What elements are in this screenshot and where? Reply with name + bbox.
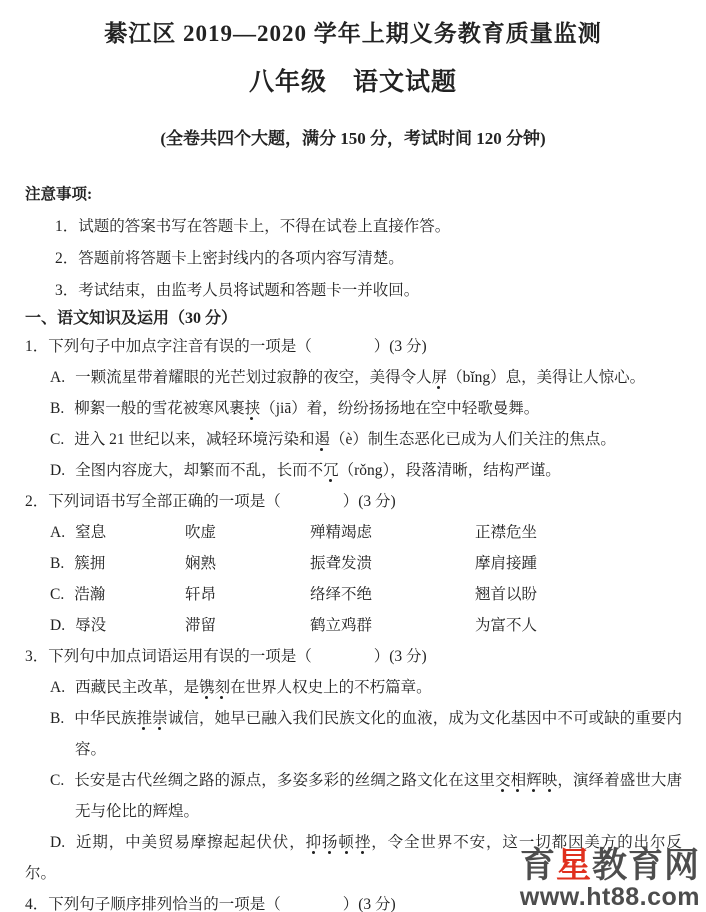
question-3-option-b: B.中华民族推崇诚信，她早已融入我们民族文化的血液，成为文化基因中不可或缺的重要… xyxy=(25,703,682,765)
word-cell: 娴熟 xyxy=(185,548,310,579)
option-label: A. xyxy=(50,524,65,541)
exam-info: (全卷共四个大题，满分 150 分，考试时间 120 分钟) xyxy=(0,128,706,150)
exam-paper-page: 綦江区 2019—2020 学年上期义务教育质量监测 八年级 语文试题 (全卷共… xyxy=(0,0,706,912)
option-text: 全图内容庞大，却繁而不乱，长而不冗（rǒng），段落清晰，结构严谨。 xyxy=(75,462,561,479)
option-text: 进入 21 世纪以来，减轻环境污染和遏（è）制生态恶化已成为人们关注的焦点。 xyxy=(74,431,616,448)
word-cell: B.簇拥 xyxy=(50,548,185,579)
word-cell: 络绎不绝 xyxy=(310,579,475,610)
note-item-2: 2．答题前将答题卡上密封线内的各项内容写清楚。 xyxy=(55,248,682,270)
word-cell: 摩肩接踵 xyxy=(475,548,682,579)
question-1-option-c: C.进入 21 世纪以来，减轻环境污染和遏（è）制生态恶化已成为人们关注的焦点。 xyxy=(25,424,682,455)
option-label: C. xyxy=(50,431,64,448)
question-1-option-b: B.柳絮一般的雪花被寒风裹挟（jiā）着，纷纷扬扬地在空中轻歌曼舞。 xyxy=(25,393,682,424)
word-cell: 吹虚 xyxy=(185,517,310,548)
option-text: 一颗流星带着耀眼的光芒划过寂静的夜空，美得令人屏（bǐng）息，美得让人惊心。 xyxy=(75,369,645,386)
option-label: D. xyxy=(50,617,65,634)
watermark: 育星教育网 www.ht88.com xyxy=(520,847,700,910)
watermark-brand: 育星教育网 xyxy=(520,847,700,884)
question-3-option-a: A.西藏民主改革，是镌刻在世界人权史上的不朽篇章。 xyxy=(25,672,682,703)
option-label: A. xyxy=(50,679,65,696)
question-2-row-c: C.浩瀚 轩昂 络绎不绝 翘首以盼 xyxy=(50,579,682,610)
word-cell: 振聋发溃 xyxy=(310,548,475,579)
watermark-brand-pre: 育 xyxy=(520,846,556,885)
watermark-brand-post: 教育网 xyxy=(592,846,700,885)
option-text: 中华民族推崇诚信，她早已融入我们民族文化的血液，成为文化基因中不可或缺的重要内容… xyxy=(74,710,682,758)
section-heading: 一、语文知识及运用（30 分） xyxy=(25,306,682,331)
question-1-option-d: D.全图内容庞大，却繁而不乱，长而不冗（rǒng），段落清晰，结构严谨。 xyxy=(25,455,682,486)
option-text: 长安是古代丝绸之路的源点，多姿多彩的丝绸之路文化在这里交相辉映，演绎着盛世大唐无… xyxy=(74,772,682,820)
option-label: D. xyxy=(50,834,65,851)
question-2-stem: 2．下列词语书写全部正确的一项是（ ）(3 分) xyxy=(25,486,682,517)
watermark-brand-red: 星 xyxy=(556,846,592,885)
note-item-1: 1．试题的答案书写在答题卡上，不得在试卷上直接作答。 xyxy=(55,216,682,238)
option-label: B. xyxy=(50,710,64,727)
question-1-option-a: A.一颗流星带着耀眼的光芒划过寂静的夜空，美得令人屏（bǐng）息，美得让人惊心… xyxy=(25,362,682,393)
word-cell: 轩昂 xyxy=(185,579,310,610)
word-cell: A.窒息 xyxy=(50,517,185,548)
word-cell: 为富不人 xyxy=(475,610,682,641)
page-title: 綦江区 2019—2020 学年上期义务教育质量监测 xyxy=(0,18,706,50)
note-item-3: 3．考试结束，由监考人员将试题和答题卡一并收回。 xyxy=(55,280,682,302)
watermark-url: www.ht88.com xyxy=(520,884,700,910)
word: 浩瀚 xyxy=(74,586,105,603)
word-cell: 鹤立鸡群 xyxy=(310,610,475,641)
word-cell: 殚精竭虑 xyxy=(310,517,475,548)
exam-content: 一、语文知识及运用（30 分） 1．下列句子中加点字注音有误的一项是（ ）(3 … xyxy=(25,306,682,912)
question-1-stem: 1．下列句子中加点字注音有误的一项是（ ）(3 分) xyxy=(25,331,682,362)
word-cell: 正襟危坐 xyxy=(475,517,682,548)
question-2-row-a: A.窒息 吹虚 殚精竭虑 正襟危坐 xyxy=(50,517,682,548)
page-subtitle: 八年级 语文试题 xyxy=(0,66,706,100)
word-cell: 滞留 xyxy=(185,610,310,641)
word: 辱没 xyxy=(75,617,106,634)
question-3-stem: 3．下列句中加点词语运用有误的一项是（ ）(3 分) xyxy=(25,641,682,672)
word-cell: D.辱没 xyxy=(50,610,185,641)
option-label: C. xyxy=(50,586,64,603)
question-2-row-b: B.簇拥 娴熟 振聋发溃 摩肩接踵 xyxy=(50,548,682,579)
word-cell: 翘首以盼 xyxy=(475,579,682,610)
word: 窒息 xyxy=(75,524,106,541)
question-2-row-d: D.辱没 滞留 鹤立鸡群 为富不人 xyxy=(50,610,682,641)
option-text: 西藏民主改革，是镌刻在世界人权史上的不朽篇章。 xyxy=(75,679,432,696)
option-label: C. xyxy=(50,772,64,789)
notes-heading: 注意事项: xyxy=(25,184,706,206)
word: 簇拥 xyxy=(74,555,105,572)
question-3-option-c: C.长安是古代丝绸之路的源点，多姿多彩的丝绸之路文化在这里交相辉映，演绎着盛世大… xyxy=(25,765,682,827)
option-label: B. xyxy=(50,400,64,417)
option-label: A. xyxy=(50,369,65,386)
option-label: B. xyxy=(50,555,64,572)
option-label: D. xyxy=(50,462,65,479)
option-text: 柳絮一般的雪花被寒风裹挟（jiā）着，纷纷扬扬地在空中轻歌曼舞。 xyxy=(74,400,539,417)
word-cell: C.浩瀚 xyxy=(50,579,185,610)
